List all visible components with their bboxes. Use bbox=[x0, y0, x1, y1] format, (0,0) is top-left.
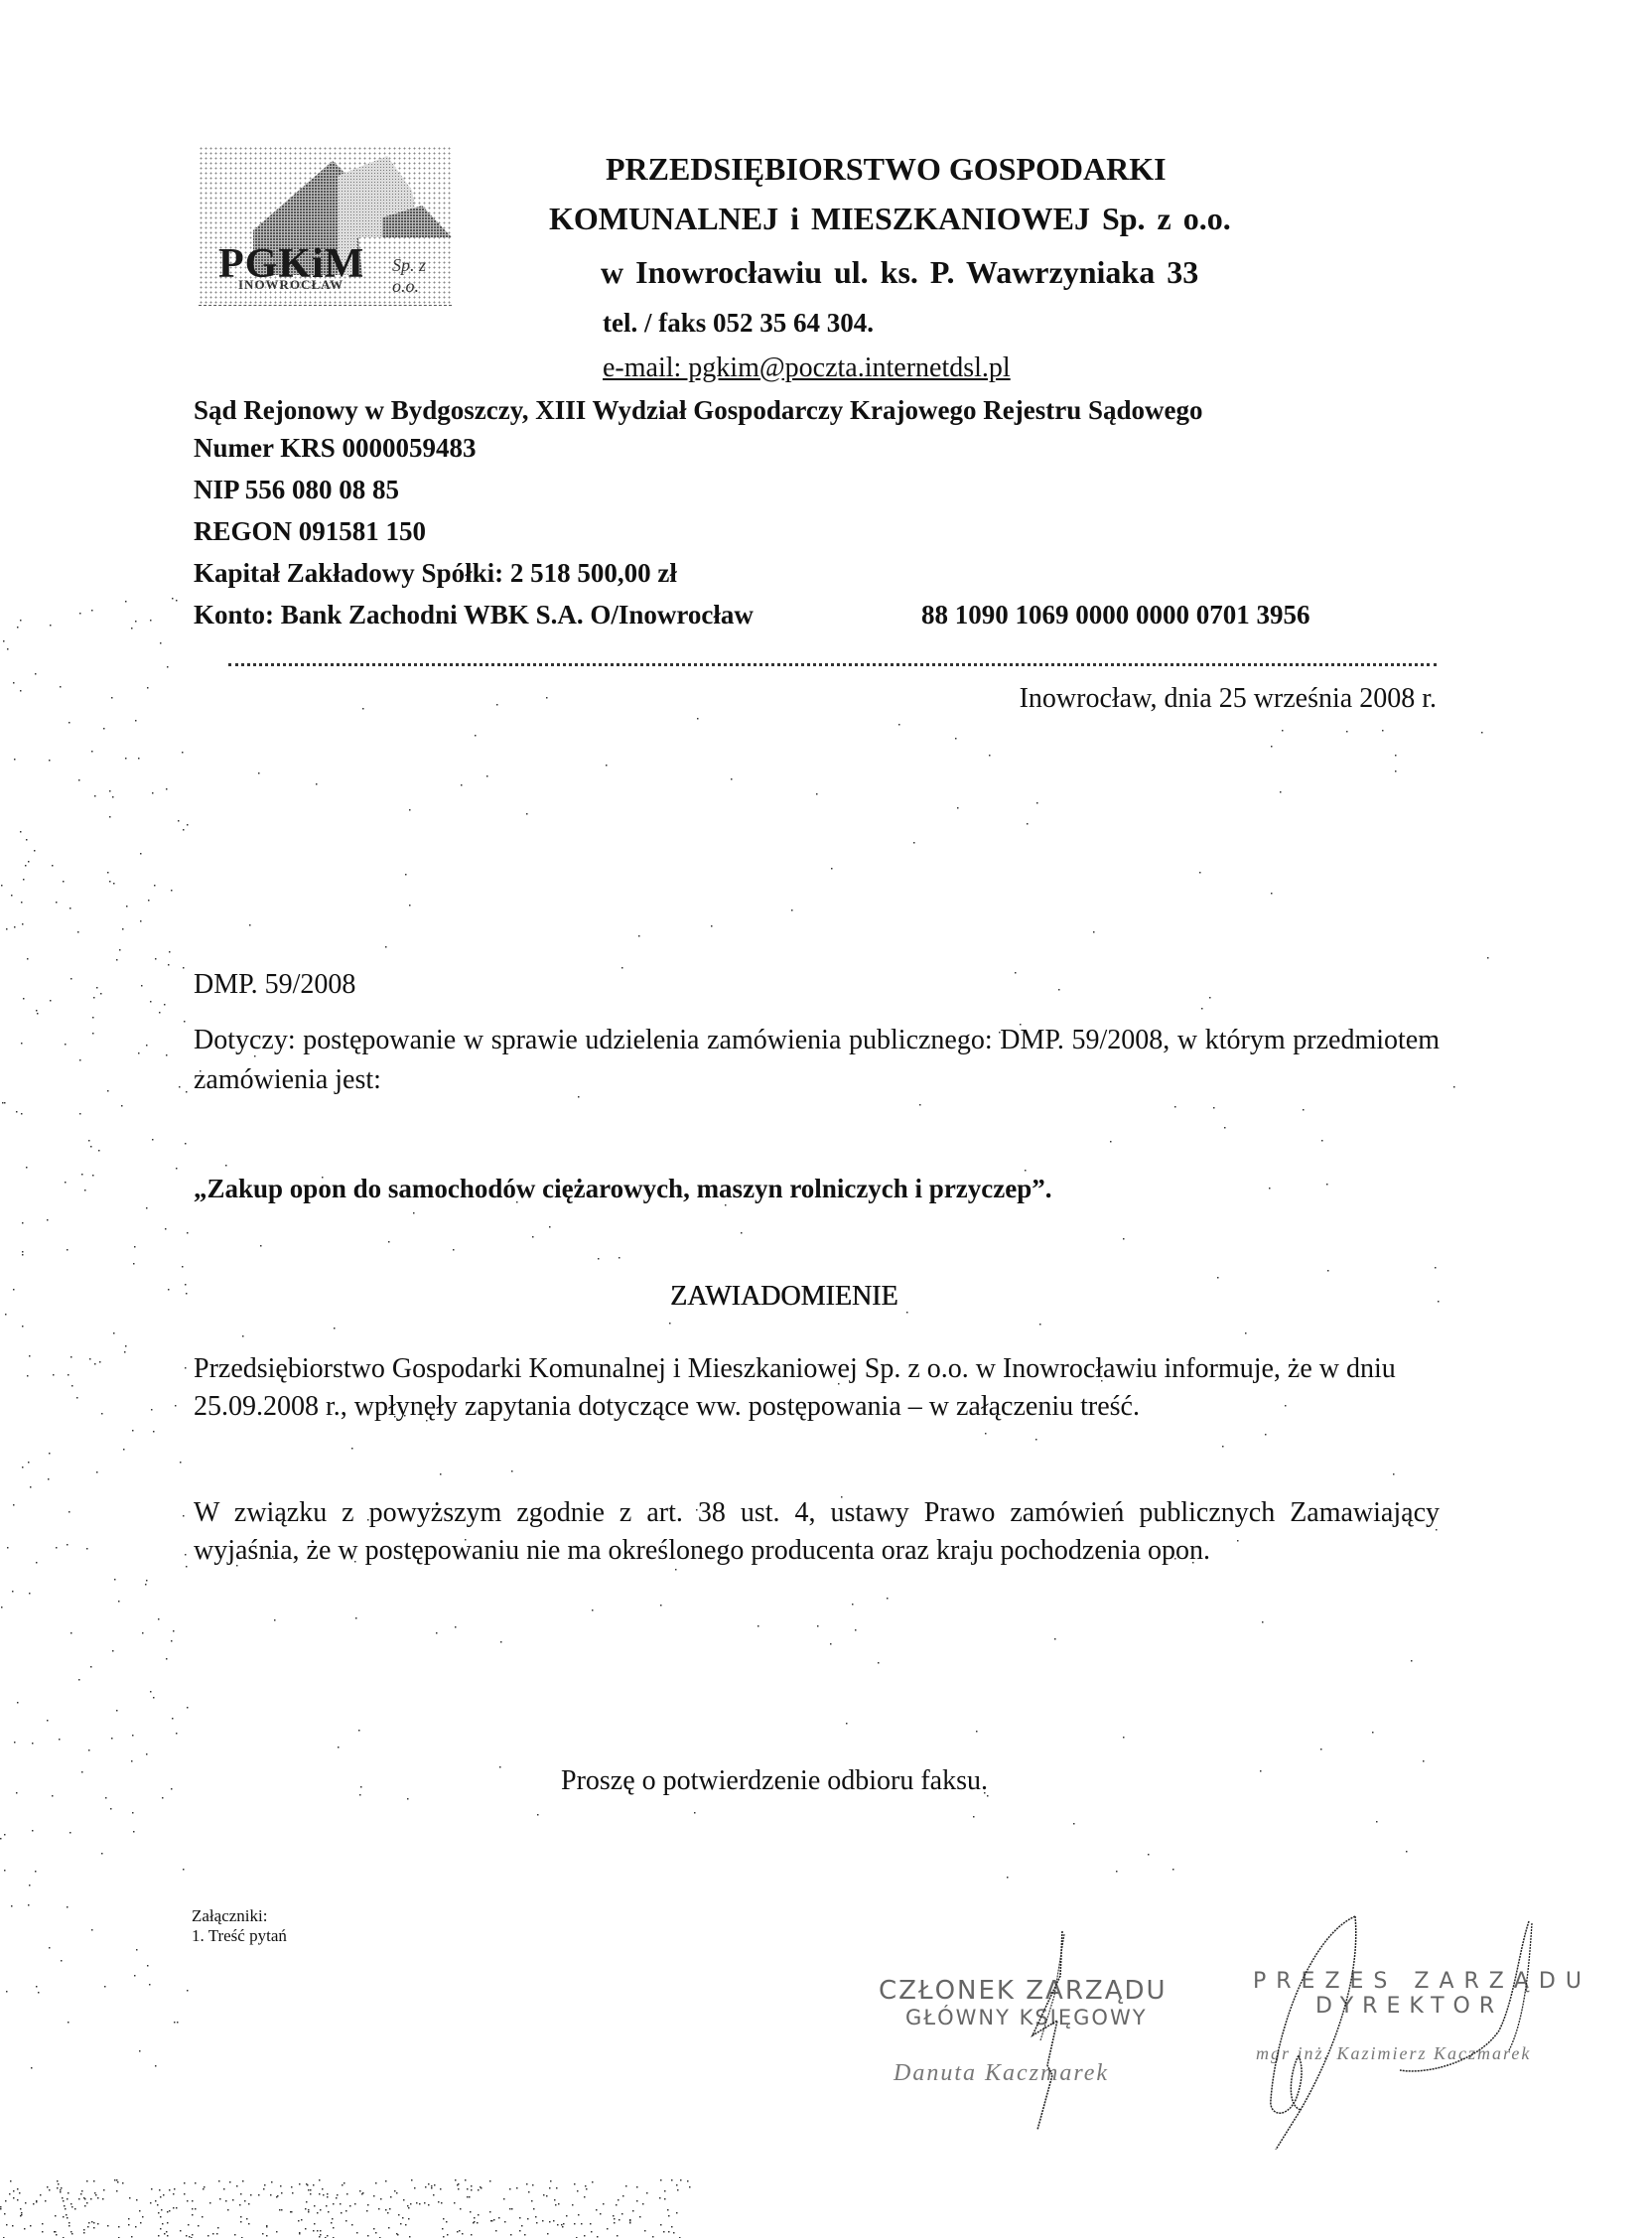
nip-number: NIP 556 080 08 85 bbox=[194, 475, 399, 505]
reference-number: DMP. 59/2008 bbox=[194, 969, 355, 1001]
company-name-line1: PRZEDSIĘBIORSTWO GOSPODARKI bbox=[606, 151, 1167, 188]
stamp-president-name: mgr inż. Kazimierz Kaczmarek bbox=[1256, 2043, 1531, 2064]
company-phone: tel. / faks 052 35 64 304. bbox=[603, 308, 874, 339]
stamp-signatory-name: Danuta Kaczmarek bbox=[894, 2060, 1109, 2087]
stamp-director-title: DYREKTOR bbox=[1315, 1994, 1503, 2019]
paragraph-notice: Przedsiębiorstwo Gospodarki Komunalnej i… bbox=[194, 1350, 1435, 1426]
attachments-label: Załączniki: bbox=[192, 1906, 267, 1926]
logo-city: INOWROCŁAW bbox=[238, 277, 344, 293]
logo-suffix: Sp. z o.o. bbox=[392, 255, 452, 297]
notice-heading: ZAWIADOMIENIE bbox=[670, 1281, 897, 1313]
krs-number: Numer KRS 0000059483 bbox=[194, 433, 477, 464]
header-divider bbox=[228, 663, 1437, 666]
company-name-line2: KOMUNALNEJ i MIESZKANIOWEJ Sp. z o.o. bbox=[549, 201, 1231, 237]
stamp-board-member-title: CZŁONEK ZARZĄDU bbox=[879, 1976, 1168, 2006]
share-capital: Kapitał Zakładowy Spółki: 2 518 500,00 z… bbox=[194, 558, 677, 589]
notice-heading-text: ZAWIADOMIENIE bbox=[670, 1281, 897, 1312]
regon-number: REGON 091581 150 bbox=[194, 516, 426, 547]
bank-name: Konto: Bank Zachodni WBK S.A. O/Inowrocł… bbox=[194, 600, 754, 630]
company-email-link[interactable]: e-mail: pgkim@poczta.internetdsl.pl bbox=[603, 352, 1011, 384]
closing-request: Proszę o potwierdzenie odbioru faksu. bbox=[561, 1765, 988, 1797]
subject-paragraph: Dotyczy: postępowanie w sprawie udzielen… bbox=[194, 1021, 1440, 1100]
company-address: w Inowrocławiu ul. ks. P. Wawrzyniaka 33 bbox=[601, 254, 1198, 291]
bank-account-number: 88 1090 1069 0000 0000 0701 3956 bbox=[921, 600, 1310, 630]
paragraph-explanation: W związku z powyższym zgodnie z art. 38 … bbox=[194, 1494, 1440, 1570]
attachment-item: 1. Treść pytań bbox=[192, 1926, 287, 1946]
date-line: Inowrocław, dnia 25 września 2008 r. bbox=[1020, 683, 1437, 715]
stamp-president-title: PREZES ZARZĄDU bbox=[1253, 1969, 1591, 1994]
court-registration: Sąd Rejonowy w Bydgoszczy, XIII Wydział … bbox=[194, 395, 1202, 426]
signature-2-icon bbox=[1231, 1911, 1569, 2150]
order-title: „Zakup opon do samochodów ciężarowych, m… bbox=[194, 1174, 1052, 1204]
company-logo: PGKiM INOWROCŁAW Sp. z o.o. bbox=[199, 146, 452, 306]
stamp-chief-accountant-title: GŁÓWNY KSIĘGOWY bbox=[905, 2006, 1148, 2029]
